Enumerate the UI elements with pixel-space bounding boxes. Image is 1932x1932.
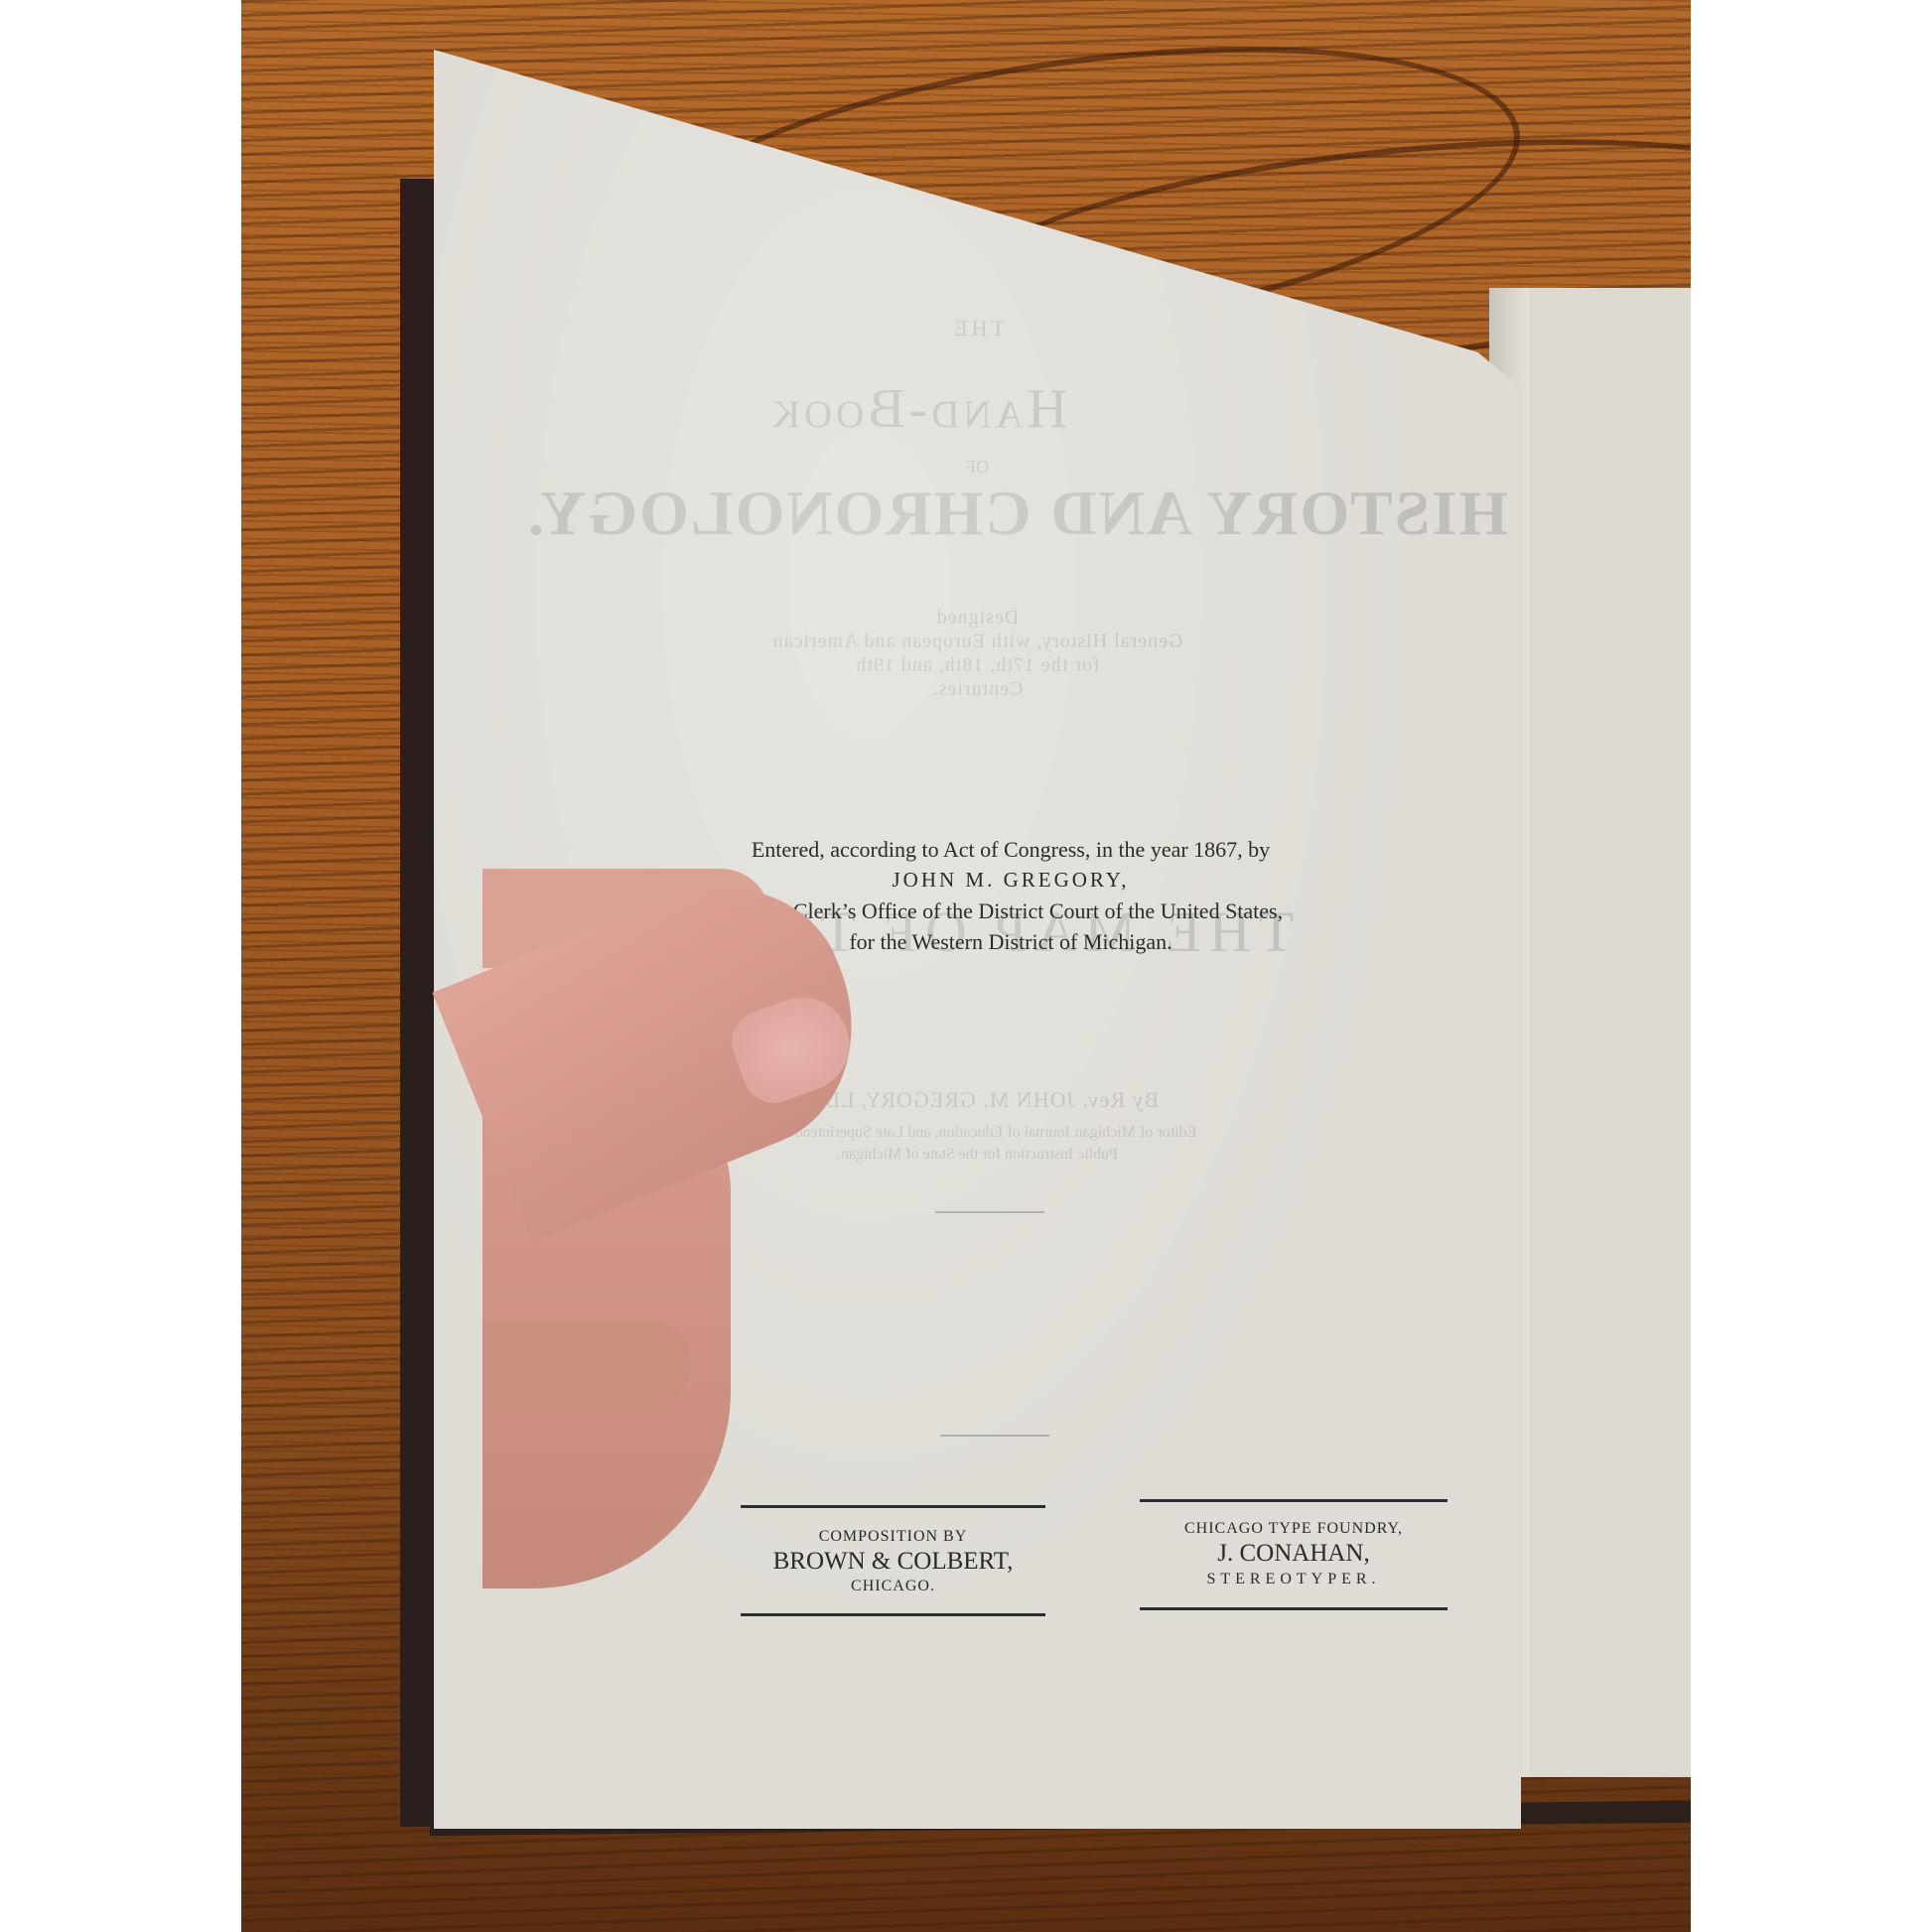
show-through-title: Hand-Book <box>374 377 1461 441</box>
imprint-firm: BROWN & COLBERT, <box>741 1548 1045 1576</box>
subtitle-line: General History, with European and Ameri… <box>434 629 1521 653</box>
imprint-composition: COMPOSITION BY BROWN & COLBERT, CHICAGO. <box>741 1505 1045 1616</box>
show-through-subtitle: Designed General History, with European … <box>434 606 1521 701</box>
show-through-subject: HISTORY AND CHRONOLOGY. <box>474 477 1561 550</box>
imprint-role: STEREOTYPER. <box>1140 1568 1448 1591</box>
imprint-rule <box>1140 1607 1448 1610</box>
hand-finger <box>483 1320 691 1410</box>
show-through-of: OF <box>434 457 1521 478</box>
divider-rule <box>940 1435 1049 1437</box>
imprint-type-foundry: CHICAGO TYPE FOUNDRY, J. CONAHAN, STEREO… <box>1140 1499 1448 1610</box>
subtitle-line: Centuries. <box>434 677 1521 701</box>
imprint-firm: J. CONAHAN, <box>1140 1540 1448 1568</box>
imprint-label: COMPOSITION BY <box>741 1526 1045 1548</box>
subtitle-line: for the 17th, 18th, and 19th <box>434 653 1521 677</box>
copyright-line-1: Entered, according to Act of Congress, i… <box>633 834 1388 865</box>
photo-background: THE Hand-Book OF HISTORY AND CHRONOLOGY.… <box>241 0 1691 1932</box>
divider-rule <box>935 1211 1044 1213</box>
imprint-label: CHICAGO TYPE FOUNDRY, <box>1140 1518 1448 1540</box>
imprint-city: CHICAGO. <box>741 1576 1045 1597</box>
show-through-the: THE <box>434 316 1521 342</box>
subtitle-line: Designed <box>434 606 1521 629</box>
imprint-rule <box>741 1613 1045 1616</box>
